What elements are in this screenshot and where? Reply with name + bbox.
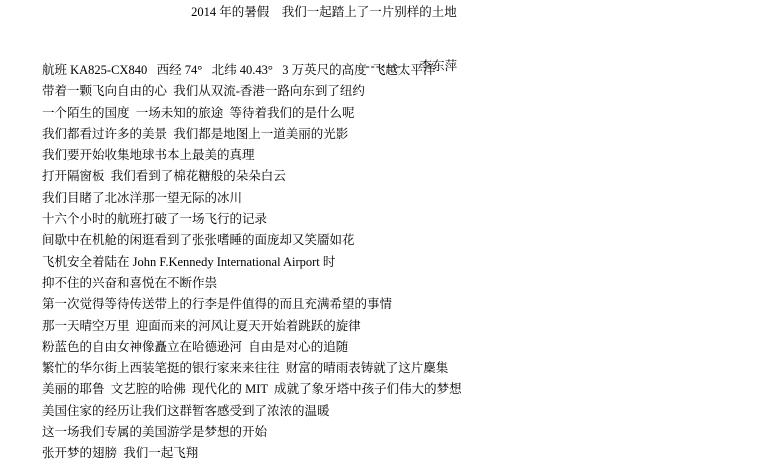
document-title: 2014 年的暑假 我们一起踏上了一片别样的土地 [0,2,648,20]
poem-line-flight-info: 航班 KA825-CX840 西经 74° 北纬 40.43° 3 万英尺的高度… [42,60,764,81]
poem-line: 这一场我们专属的美国游学是梦想的开始 [42,422,764,443]
poem-line: 粉蓝色的自由女神像矗立在哈德逊河 自由是对心的追随 [42,337,764,358]
poem-line: 第一次觉得等待传送带上的行李是件值得的而且充满希望的事情 [42,294,764,315]
poem-line: 间歇中在机舱的闲逛看到了张张嗜睡的面庞却又笑靥如花 [42,230,764,251]
poem-line: 我们要开始收集地球书本上最美的真理 [42,145,764,166]
poem-line-airport: 飞机安全着陆在 John F.Kennedy International Air… [42,252,764,273]
poem-line-last: 张开梦的翅膀 我们一起飞翔 [42,443,764,461]
poem-line: 美国住家的经历让我们这群暂客感受到了浓浓的温暖 [42,401,764,422]
poem-line: 我们目睹了北冰洋那一望无际的冰川 [42,188,764,209]
poem-line-universities: 美丽的耶鲁 文艺腔的哈佛 现代化的 MIT 成就了象牙塔中孩子们伟大的梦想 [42,379,764,400]
poem-line: 带着一颗飞向自由的心 我们从双流-香港一路向东到了纽约 [42,81,764,102]
poem-line: 十六个小时的航班打破了一场飞行的记录 [42,209,764,230]
poem-line: 一个陌生的国度 一场未知的旅途 等待着我们的是什么呢 [42,103,764,124]
poem-line: 那一天晴空万里 迎面而来的河风让夏天开始着跳跃的旋律 [42,316,764,337]
poem-line: 打开隔窗板 我们看到了棉花糖般的朵朵白云 [42,166,764,187]
poem-body: 航班 KA825-CX840 西经 74° 北纬 40.43° 3 万英尺的高度… [42,60,764,461]
poem-line: 繁忙的华尔街上西装笔挺的银行家来来往往 财富的晴雨表铸就了这片麇集 [42,358,764,379]
poem-line: 抑不住的兴奋和喜悦在不断作祟 [42,273,764,294]
poem-line: 我们都看过许多的美景 我们都是地图上一道美丽的光影 [42,124,764,145]
document-page: 2014 年的暑假 我们一起踏上了一片别样的土地 -------李东萍 航班 K… [0,0,764,461]
